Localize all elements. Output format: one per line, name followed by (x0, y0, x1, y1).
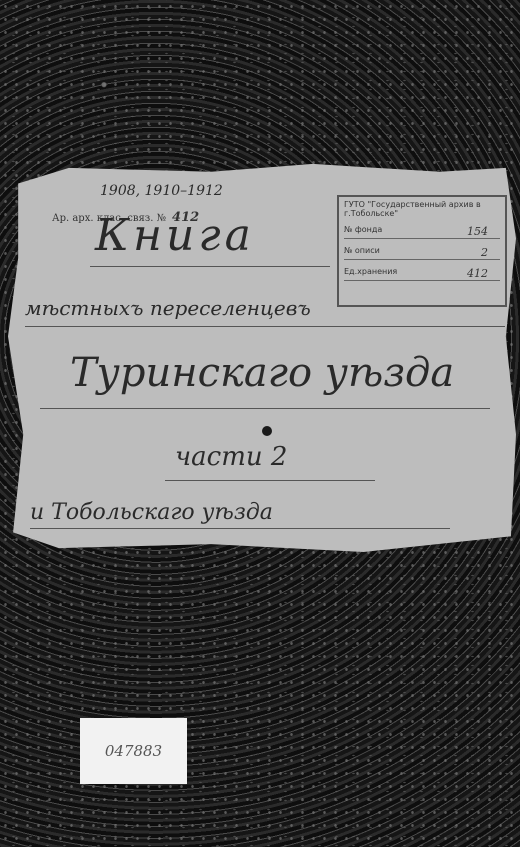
divider (165, 480, 375, 481)
ink-blot (262, 426, 272, 436)
stamp-row: Ед.хранения412 (344, 267, 500, 281)
inventory-number: 047883 (105, 742, 162, 760)
label-line-2: Туринскаго уѣзда (70, 350, 454, 396)
inventory-tag: 047883 (80, 718, 187, 784)
archive-stamp: ГУТО "Государственный архив в г.Тобольск… (337, 195, 507, 307)
stamp-row: № описи2 (344, 246, 500, 260)
label-line-1: мѣстныхъ переселенцевъ (25, 296, 311, 320)
label-line-4: и Тобольскаго уѣзда (30, 500, 273, 525)
divider (40, 408, 490, 409)
divider (90, 266, 330, 267)
label-title: Книга (95, 210, 255, 261)
divider (25, 326, 505, 327)
stamp-row: № фонда154 (344, 225, 500, 239)
stamp-header: ГУТО "Государственный архив в г.Тобольск… (344, 200, 500, 218)
label-line-3: части 2 (175, 442, 287, 472)
divider (30, 528, 450, 529)
label-years: 1908, 1910–1912 (100, 183, 223, 199)
